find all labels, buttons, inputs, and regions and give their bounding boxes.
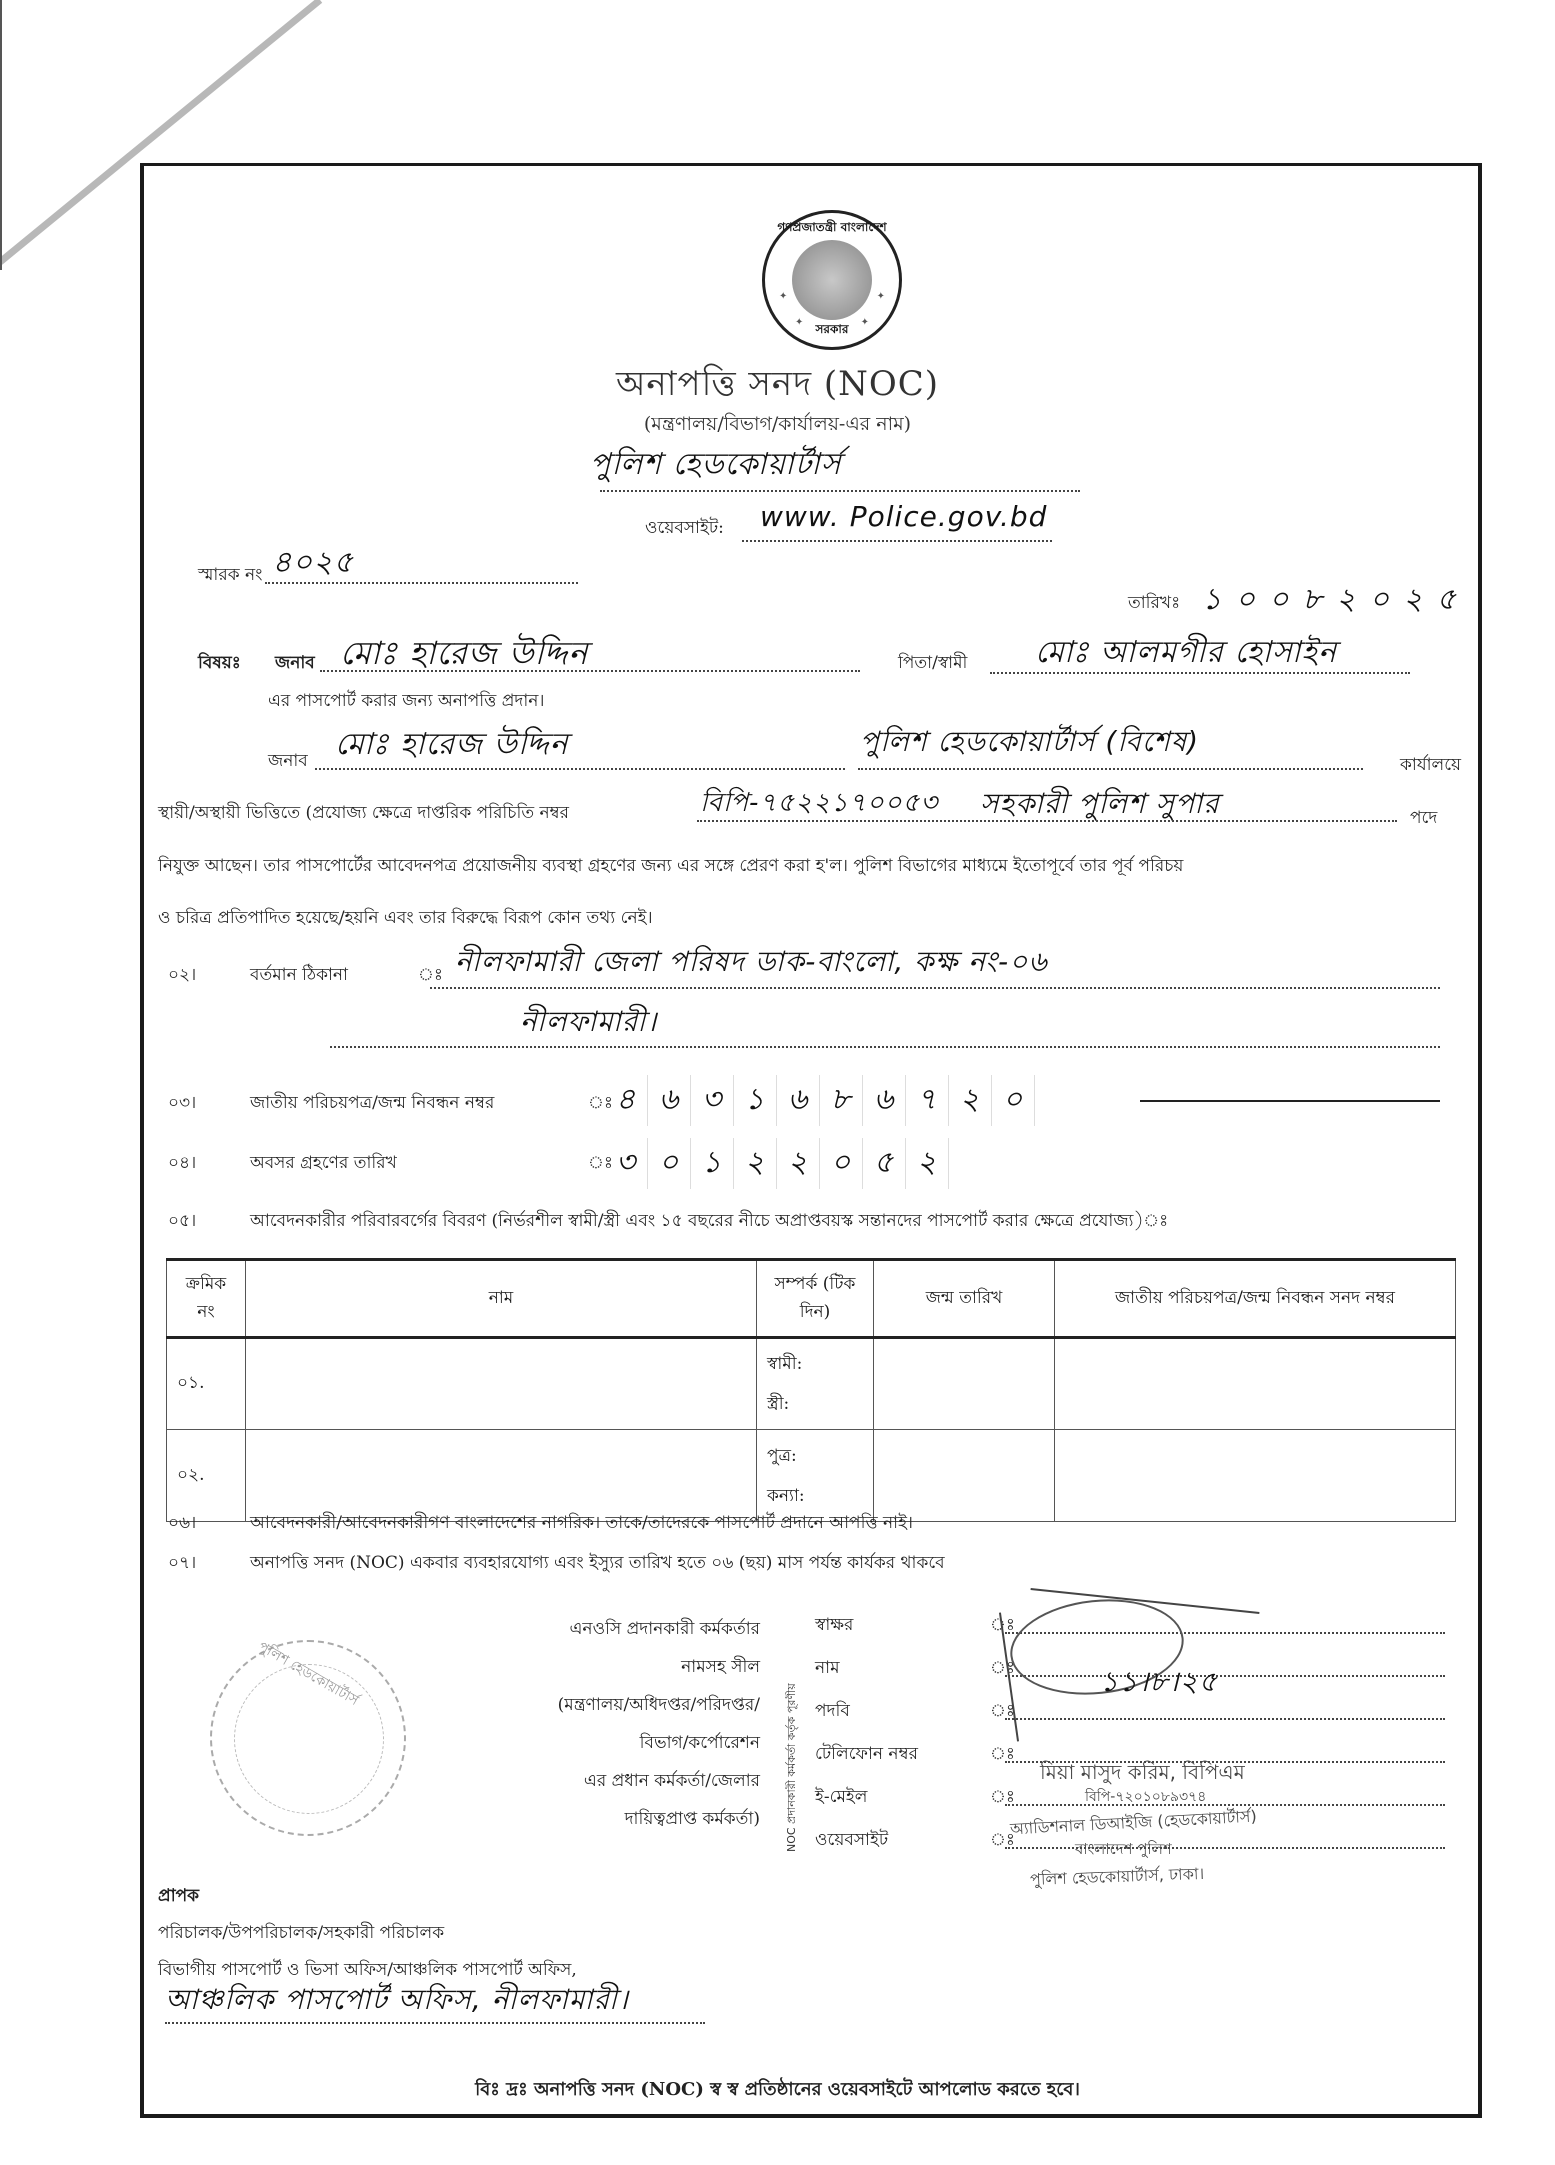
- relation-option[interactable]: স্বামী:: [767, 1344, 863, 1384]
- website-label: ওয়েবসাইট:: [645, 515, 724, 543]
- officer-id-stamp: বিপি-৭২০১০৮৯৩৭৪: [1085, 1785, 1206, 1809]
- digit-box: ৪: [605, 1075, 648, 1126]
- officer-org-stamp: বাংলাদেশ পুলিশ: [1075, 1838, 1172, 1863]
- nid-number-field[interactable]: ৪৬৩১৬৮৬৭২০: [605, 1075, 1035, 1126]
- star-icon: ✦: [779, 291, 787, 302]
- signatory-description-line: নামসহ সীল: [450, 1648, 760, 1686]
- signatory-field-colon: ঃ: [990, 1784, 1015, 1812]
- dotted-line: [742, 540, 1052, 542]
- signatory-description: এনওসি প্রদানকারী কর্মকর্তারনামসহ সীল(মন্…: [450, 1610, 760, 1838]
- office-name-field[interactable]: পুলিশ হেডকোয়ার্টার্স: [590, 440, 842, 491]
- dotted-line: [697, 820, 1397, 822]
- signatory-description-line: এনওসি প্রদানকারী কর্মকর্তার: [450, 1610, 760, 1648]
- body-line-2: নিযুক্ত আছেন। তার পাসপোর্টের আবেদনপত্র প…: [158, 853, 1183, 881]
- col-name: নাম: [246, 1260, 757, 1338]
- dotted-line: [330, 1046, 1440, 1048]
- janab-label: জনাব: [275, 650, 315, 678]
- digit-box: ৭: [906, 1075, 949, 1126]
- address-line2-field[interactable]: নীলফামারী।: [520, 1000, 657, 1047]
- item04-label: অবসর গ্রহণের তারিখ: [250, 1150, 397, 1178]
- date-field[interactable]: ১০০৮২০২৫: [1202, 575, 1470, 626]
- signatory-field-label: নাম: [815, 1655, 840, 1683]
- signatory-field-label: ই-মেইল: [815, 1784, 867, 1812]
- col-dob: জন্ম তারিখ: [874, 1260, 1055, 1338]
- digit-box: ৬: [863, 1075, 906, 1126]
- permanent-prefix: স্থায়ী/অস্থায়ী ভিত্তিতে (প্রযোজ্য ক্ষে…: [158, 800, 569, 828]
- digit-box: ৬: [648, 1075, 691, 1126]
- applicant-name-field[interactable]: মোঃ হারেজ উদ্দিন: [340, 628, 588, 682]
- digit-box: ০: [992, 1075, 1035, 1126]
- digit-box: ৬: [777, 1075, 820, 1126]
- office-suffix: কার্যালয়ে: [1400, 752, 1461, 780]
- dotted-line: [858, 768, 1363, 770]
- table-row: ০১. স্বামী: স্ত্রী:: [167, 1338, 1456, 1430]
- digit-box: ২: [949, 1075, 992, 1126]
- item05-number: ০৫।: [168, 1208, 196, 1236]
- cell-serial: ০২.: [167, 1430, 246, 1522]
- cell-nid[interactable]: [1055, 1430, 1456, 1522]
- signatory-field-label: পদবি: [815, 1698, 850, 1726]
- dotted-line: [165, 2022, 705, 2024]
- recipient-line1: পরিচালক/উপপরিচালক/সহকারী পরিচালক: [158, 1920, 444, 1948]
- employee-name-field[interactable]: মোঃ হারেজ উদ্দিন: [335, 720, 569, 771]
- digit-box: ২: [906, 1138, 949, 1189]
- digit-box: ০: [820, 1138, 863, 1189]
- item07-text: অনাপত্তি সনদ (NOC) একবার ব্যবহারযোগ্য এব…: [250, 1550, 945, 1578]
- cell-nid[interactable]: [1055, 1338, 1456, 1430]
- retirement-date-field[interactable]: ৩০১২২০৫২: [605, 1138, 949, 1189]
- cell-relation[interactable]: স্বামী: স্ত্রী:: [757, 1338, 874, 1430]
- subject-label: বিষয়ঃ: [198, 650, 241, 678]
- dotted-line: [430, 987, 1440, 989]
- footer-note: বিঃ দ্রঃ অনাপত্তি সনদ (NOC) স্ব স্ব প্রত…: [0, 2075, 1555, 2106]
- signatory-field-label: স্বাক্ষর: [815, 1612, 853, 1640]
- emblem-top-text: গণপ্রজাতন্ত্রী বাংলাদেশ: [765, 219, 899, 239]
- signatory-description-line: (মন্ত্রণালয়/অধিদপ্তর/পরিদপ্তর/: [450, 1686, 760, 1724]
- signatory-field-label: ওয়েবসাইট: [815, 1827, 888, 1855]
- strike-line: [1140, 1100, 1440, 1102]
- dotted-line: [315, 768, 845, 770]
- page-subtitle: (মন্ত্রণালয়/বিভাগ/কার্যালয়-এর নাম): [0, 410, 1555, 442]
- dotted-line: [990, 672, 1410, 674]
- cell-relation[interactable]: পুত্র: কন্যা:: [757, 1430, 874, 1522]
- item02-number: ০২।: [168, 962, 196, 990]
- relation-option[interactable]: পুত্র:: [767, 1436, 863, 1476]
- signatory-description-line: দায়িত্বপ্রাপ্ত কর্মকর্তা): [450, 1800, 760, 1838]
- digit-box: ০: [648, 1138, 691, 1189]
- star-icon: ✦: [877, 291, 885, 302]
- digit-box: ৩: [691, 1075, 734, 1126]
- signatory-description-line: এর প্রধান কর্মকর্তা/জেলার: [450, 1762, 760, 1800]
- date-label: তারিখঃ: [1128, 590, 1180, 618]
- body-janab-label: জনাব: [268, 748, 308, 776]
- item05-text: আবেদনকারীর পরিবারবর্গের বিবরণ (নির্ভরশীল…: [250, 1208, 1168, 1236]
- signatory-field-input[interactable]: [1005, 1718, 1445, 1720]
- dotted-line: [600, 490, 1080, 492]
- emblem-seal-icon: [792, 240, 872, 320]
- cell-dob[interactable]: [874, 1430, 1055, 1522]
- vertical-note: NOC প্রদানকারী কর্মকর্তা কর্তৃক পূরণীয়: [783, 1612, 803, 1852]
- website-field[interactable]: www. Police.gov.bd: [760, 500, 1047, 533]
- memo-label: স্মারক নং: [198, 562, 262, 590]
- item03-label: জাতীয় পরিচয়পত্র/জন্ম নিবন্ধন নম্বর: [250, 1090, 494, 1118]
- item02-label: বর্তমান ঠিকানা: [250, 962, 348, 990]
- digit-box: ৮: [820, 1075, 863, 1126]
- item02-colon: ঃ: [418, 962, 443, 990]
- table-header-row: ক্রমিক নং নাম সম্পর্ক (টিক দিন) জন্ম তার…: [167, 1260, 1456, 1338]
- item06-text: আবেদনকারী/আবেদনকারীগণ বাংলাদেশের নাগরিক।…: [250, 1510, 913, 1538]
- item07-number: ০৭।: [168, 1550, 196, 1578]
- police-seal-stamp: পুলিশ হেডকোয়ার্টার্স: [210, 1640, 406, 1836]
- digit-box: ৩: [605, 1138, 648, 1189]
- family-details-table: ক্রমিক নং নাম সম্পর্ক (টিক দিন) জন্ম তার…: [166, 1258, 1456, 1522]
- digit-box: ২: [777, 1138, 820, 1189]
- dotted-line: [320, 670, 860, 672]
- signatory-field-colon: ঃ: [990, 1741, 1015, 1769]
- col-nid: জাতীয় পরিচয়পত্র/জন্ম নিবন্ধন সনদ নম্বর: [1055, 1260, 1456, 1338]
- relation-option[interactable]: স্ত্রী:: [767, 1384, 863, 1424]
- government-emblem: গণপ্রজাতন্ত্রী বাংলাদেশ ✦ ✦ ✦ ✦ সরকার: [762, 210, 902, 350]
- recipient-office-field[interactable]: আঞ্চলিক পাসপোর্ট অফিস, নীলফামারী।: [165, 1978, 629, 2025]
- page-title: অনাপত্তি সনদ (NOC): [0, 358, 1555, 415]
- subject-suffix: এর পাসপোর্ট করার জন্য অনাপত্তি প্রদান।: [268, 688, 545, 716]
- cell-serial: ০১.: [167, 1338, 246, 1430]
- item06-number: ০৬।: [168, 1510, 196, 1538]
- dotted-line: [265, 582, 578, 584]
- emblem-bottom-text: সরকার: [765, 321, 899, 341]
- signatory-field-label: টেলিফোন নম্বর: [815, 1741, 918, 1769]
- col-relation: সম্পর্ক (টিক দিন): [757, 1260, 874, 1338]
- cell-name[interactable]: [246, 1430, 757, 1522]
- signatory-description-line: বিভাগ/কর্পোরেশন: [450, 1724, 760, 1762]
- body-line-3: ও চরিত্র প্রতিপাদিত হয়েছে/হয়নি এবং তার…: [158, 905, 653, 933]
- col-serial: ক্রমিক নং: [167, 1260, 246, 1338]
- office-field[interactable]: পুলিশ হেডকোয়ার্টার্স (বিশেষ): [860, 720, 1199, 767]
- item04-number: ০৪।: [168, 1150, 196, 1178]
- digit-box: ১: [691, 1138, 734, 1189]
- father-label: পিতা/স্বামী: [898, 650, 967, 678]
- cell-dob[interactable]: [874, 1338, 1055, 1430]
- designation-suffix: পদে: [1410, 805, 1437, 833]
- cell-name[interactable]: [246, 1338, 757, 1430]
- digit-box: ২: [734, 1138, 777, 1189]
- table-row: ০২. পুত্র: কন্যা:: [167, 1430, 1456, 1522]
- signatory-field-input[interactable]: [1005, 1847, 1445, 1849]
- signature-date: ১১।৮।২৫: [1100, 1660, 1218, 1707]
- digit-box: ৫: [863, 1138, 906, 1189]
- address-line1-field[interactable]: নীলফামারী জেলা পরিষদ ডাক-বাংলো, কক্ষ নং-…: [455, 940, 1048, 987]
- recipient-label: প্রাপক: [158, 1883, 199, 1911]
- item03-number: ০৩।: [168, 1090, 196, 1118]
- digit-box: ১: [734, 1075, 777, 1126]
